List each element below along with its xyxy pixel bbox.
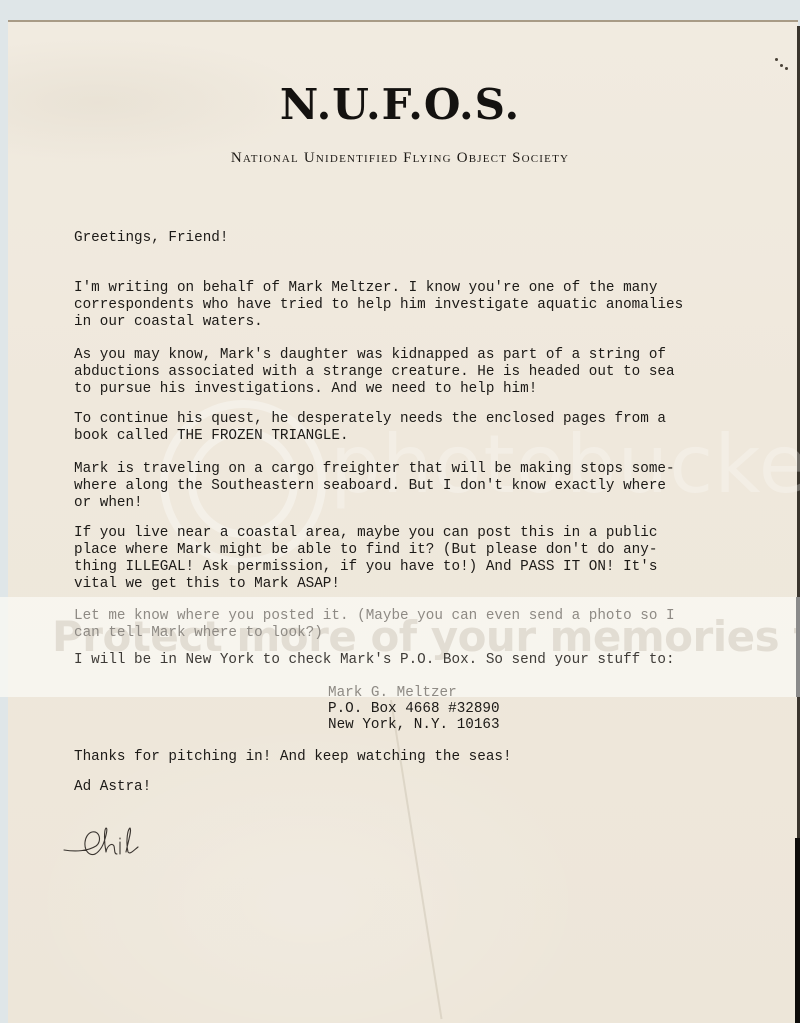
letter-closing-line: Thanks for pitching in! And keep watchin… (74, 749, 764, 766)
address-city: New York, N.Y. 10163 (328, 717, 500, 734)
address-name: Mark G. Meltzer (328, 685, 457, 702)
letter-paragraph: As you may know, Mark's daughter was kid… (74, 347, 764, 398)
paper-stain (773, 55, 789, 73)
address-po-box: P.O. Box 4668 #32890 (328, 701, 500, 718)
page-edge-dark (795, 838, 800, 1023)
letterhead-organization: National Unidentified Flying Object Soci… (0, 150, 800, 167)
letter-paper (8, 20, 798, 1023)
letter-paragraph: Let me know where you posted it. (Maybe … (74, 608, 764, 642)
signature-phil (62, 822, 152, 867)
letter-valediction: Ad Astra! (74, 779, 764, 796)
letter-greeting: Greetings, Friend! (74, 230, 764, 247)
watermark-banner-edge (796, 597, 800, 697)
letter-paragraph: To continue his quest, he desperately ne… (74, 411, 764, 445)
letter-paragraph: If you live near a coastal area, maybe y… (74, 525, 764, 593)
letter-paragraph: I'm writing on behalf of Mark Meltzer. I… (74, 280, 764, 331)
letterhead-logo: N.U.F.O.S. (0, 80, 800, 129)
letter-paragraph: Mark is traveling on a cargo freighter t… (74, 461, 764, 512)
letter-paragraph: I will be in New York to check Mark's P.… (74, 652, 764, 669)
